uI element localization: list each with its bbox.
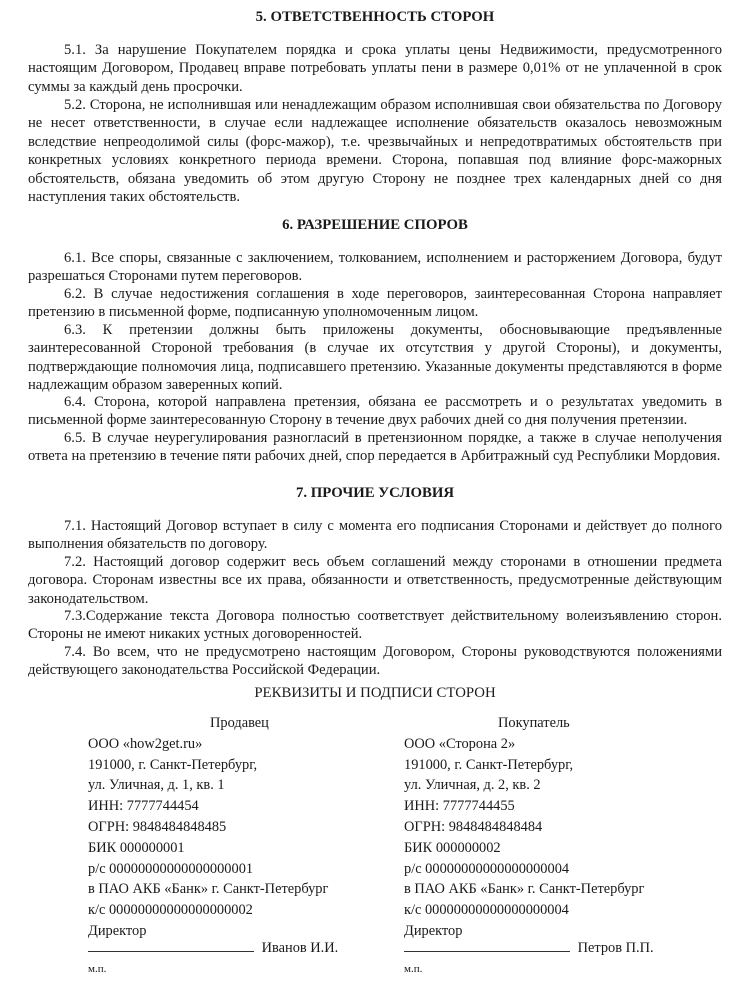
buyer-requisites: Покупатель ООО «Сторона 2» 191000, г. Са… [404,713,724,942]
clause-7-2: 7.2. Настоящий договор содержит весь объ… [28,553,722,608]
buyer-inn: ИНН: 7777744455 [404,796,724,817]
clause-7-4: 7.4. Во всем, что не предусмотрено насто… [28,643,722,680]
buyer-stamp-place: м.п. [404,960,422,978]
contract-page: 5. ОТВЕТСТВЕННОСТЬ СТОРОН 5.1. За наруше… [0,0,750,982]
buyer-bik: БИК 000000002 [404,838,724,859]
clause-6-4: 6.4. Сторона, которой направлена претенз… [28,393,722,430]
clause-6-1: 6.1. Все споры, связанные с заключением,… [28,249,722,286]
seller-signer-name: Иванов И.И. [262,940,339,956]
seller-street: ул. Уличная, д. 1, кв. 1 [88,775,408,796]
seller-stamp-place: м.п. [88,960,106,978]
buyer-account: р/с 00000000000000000004 [404,859,724,880]
seller-city: 191000, г. Санкт-Петербург, [88,755,408,776]
seller-bank: в ПАО АКБ «Банк» г. Санкт-Петербург [88,879,408,900]
requisites-title: РЕКВИЗИТЫ И ПОДПИСИ СТОРОН [0,684,750,702]
section-title-other: 7. ПРОЧИЕ УСЛОВИЯ [0,484,750,502]
seller-account: р/с 00000000000000000001 [88,859,408,880]
buyer-ogrn: ОГРН: 9848484848484 [404,817,724,838]
section-title-disputes: 6. РАЗРЕШЕНИЕ СПОРОВ [0,216,750,234]
section-title-liability: 5. ОТВЕТСТВЕННОСТЬ СТОРОН [0,8,750,26]
buyer-signature: Петров П.П. [404,937,654,957]
buyer-company: ООО «Сторона 2» [404,734,724,755]
clause-7-1: 7.1. Настоящий Договор вступает в силу с… [28,517,722,554]
buyer-bank: в ПАО АКБ «Банк» г. Санкт-Петербург [404,879,724,900]
seller-role: Продавец [210,713,408,734]
clause-5-2: 5.2. Сторона, не исполнившая или ненадле… [28,96,722,206]
buyer-corr-account: к/с 00000000000000000004 [404,900,724,921]
buyer-street: ул. Уличная, д. 2, кв. 2 [404,775,724,796]
buyer-signer-name: Петров П.П. [578,940,654,956]
clause-5-1: 5.1. За нарушение Покупателем порядка и … [28,41,722,96]
clause-6-2: 6.2. В случае недостижения соглашения в … [28,285,722,322]
clause-6-5: 6.5. В случае неурегулирования разноглас… [28,429,722,466]
seller-signature: Иванов И.И. [88,937,338,957]
clause-6-3: 6.3. К претензии должны быть приложены д… [28,321,722,395]
seller-corr-account: к/с 00000000000000000002 [88,900,408,921]
seller-bik: БИК 000000001 [88,838,408,859]
clause-7-3: 7.3.Содержание текста Договора полностью… [28,607,722,644]
buyer-role: Покупатель [498,713,724,734]
seller-inn: ИНН: 7777744454 [88,796,408,817]
seller-signature-line [88,937,254,952]
seller-ogrn: ОГРН: 9848484848485 [88,817,408,838]
seller-company: ООО «how2get.ru» [88,734,408,755]
buyer-signature-line [404,937,570,952]
seller-requisites: Продавец ООО «how2get.ru» 191000, г. Сан… [88,713,408,942]
buyer-city: 191000, г. Санкт-Петербург, [404,755,724,776]
